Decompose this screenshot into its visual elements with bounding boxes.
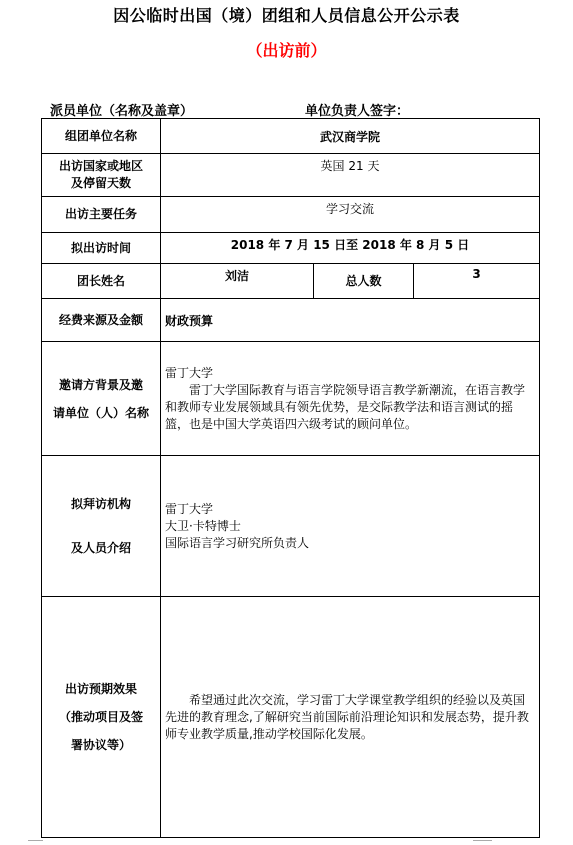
destination-value: 英国 21 天 <box>161 154 540 197</box>
table-row-org: 组团单位名称 武汉商学院 <box>42 119 540 154</box>
time-label: 拟出访时间 <box>42 233 161 264</box>
effect-label-line1: 出访预期效果 <box>46 675 156 703</box>
task-value: 学习交流 <box>161 197 540 233</box>
time-value: 2018 年 7 月 15 日至 2018 年 8 月 5 日 <box>161 233 540 264</box>
inviter-value: 雷丁大学 雷丁大学国际教育与语言学院领导语言教学新潮流，在语言教学和教师专业发展… <box>161 342 540 456</box>
visit-label-line1: 拟拜访机构 <box>46 482 156 526</box>
total-value: 3 <box>414 264 540 299</box>
table-row-destination: 出访国家或地区 及停留天数 英国 21 天 <box>42 154 540 197</box>
leader-value: 刘洁 <box>161 264 314 299</box>
inviter-label: 邀请方背景及邀 请单位（人）名称 <box>42 342 161 456</box>
org-name-label: 组团单位名称 <box>42 119 161 154</box>
effect-value: 希望通过此次交流，学习雷丁大学课堂教学组织的经验以及英国先进的教育理念,了解研究… <box>161 597 540 838</box>
effect-text: 希望通过此次交流，学习雷丁大学课堂教学组织的经验以及英国先进的教育理念,了解研究… <box>165 692 535 743</box>
page-subtitle: （出访前） <box>0 38 573 61</box>
visit-line-3: 国际语言学习研究所负责人 <box>165 535 535 552</box>
table-row-time: 拟出访时间 2018 年 7 月 15 日至 2018 年 8 月 5 日 <box>42 233 540 264</box>
page-corner-mark-left <box>28 840 43 845</box>
signature-label: 单位负责人签字： <box>305 100 409 119</box>
funding-label: 经费来源及金额 <box>42 299 161 342</box>
visit-label-line2: 及人员介绍 <box>46 526 156 570</box>
inviter-label-line2: 请单位（人）名称 <box>46 399 156 427</box>
destination-label-line1: 出访国家或地区 <box>46 158 156 175</box>
table-row-funding: 经费来源及金额 财政预算 <box>42 299 540 342</box>
table-row-inviter: 邀请方背景及邀 请单位（人）名称 雷丁大学 雷丁大学国际教育与语言学院领导语言教… <box>42 342 540 456</box>
task-label: 出访主要任务 <box>42 197 161 233</box>
inviter-description: 雷丁大学国际教育与语言学院领导语言教学新潮流，在语言教学和教师专业发展领域具有领… <box>165 382 535 433</box>
page-corner-mark-right <box>473 840 492 845</box>
info-table: 组团单位名称 武汉商学院 出访国家或地区 及停留天数 英国 21 天 出访主要任… <box>41 118 540 838</box>
visit-line-1: 雷丁大学 <box>165 501 535 518</box>
page-title: 因公临时出国（境）团组和人员信息公开公示表 <box>0 3 573 26</box>
effect-label-line3: 署协议等） <box>46 731 156 759</box>
inviter-label-line1: 邀请方背景及邀 <box>46 371 156 399</box>
destination-label-line2: 及停留天数 <box>46 175 156 192</box>
sender-unit-label: 派员单位（名称及盖章） <box>50 100 193 119</box>
table-row-task: 出访主要任务 学习交流 <box>42 197 540 233</box>
table-row-leader: 团长姓名 刘洁 总人数 3 <box>42 264 540 299</box>
visit-value: 雷丁大学 大卫·卡特博士 国际语言学习研究所负责人 <box>161 456 540 597</box>
effect-label: 出访预期效果 （推动项目及签 署协议等） <box>42 597 161 838</box>
table-row-visit: 拟拜访机构 及人员介绍 雷丁大学 大卫·卡特博士 国际语言学习研究所负责人 <box>42 456 540 597</box>
table-row-effect: 出访预期效果 （推动项目及签 署协议等） 希望通过此次交流，学习雷丁大学课堂教学… <box>42 597 540 838</box>
effect-label-line2: （推动项目及签 <box>46 703 156 731</box>
funding-value: 财政预算 <box>161 299 540 342</box>
total-label: 总人数 <box>314 264 414 299</box>
destination-label: 出访国家或地区 及停留天数 <box>42 154 161 197</box>
leader-label: 团长姓名 <box>42 264 161 299</box>
org-name-value: 武汉商学院 <box>161 119 540 154</box>
inviter-name: 雷丁大学 <box>165 365 535 382</box>
visit-line-2: 大卫·卡特博士 <box>165 518 535 535</box>
visit-label: 拟拜访机构 及人员介绍 <box>42 456 161 597</box>
